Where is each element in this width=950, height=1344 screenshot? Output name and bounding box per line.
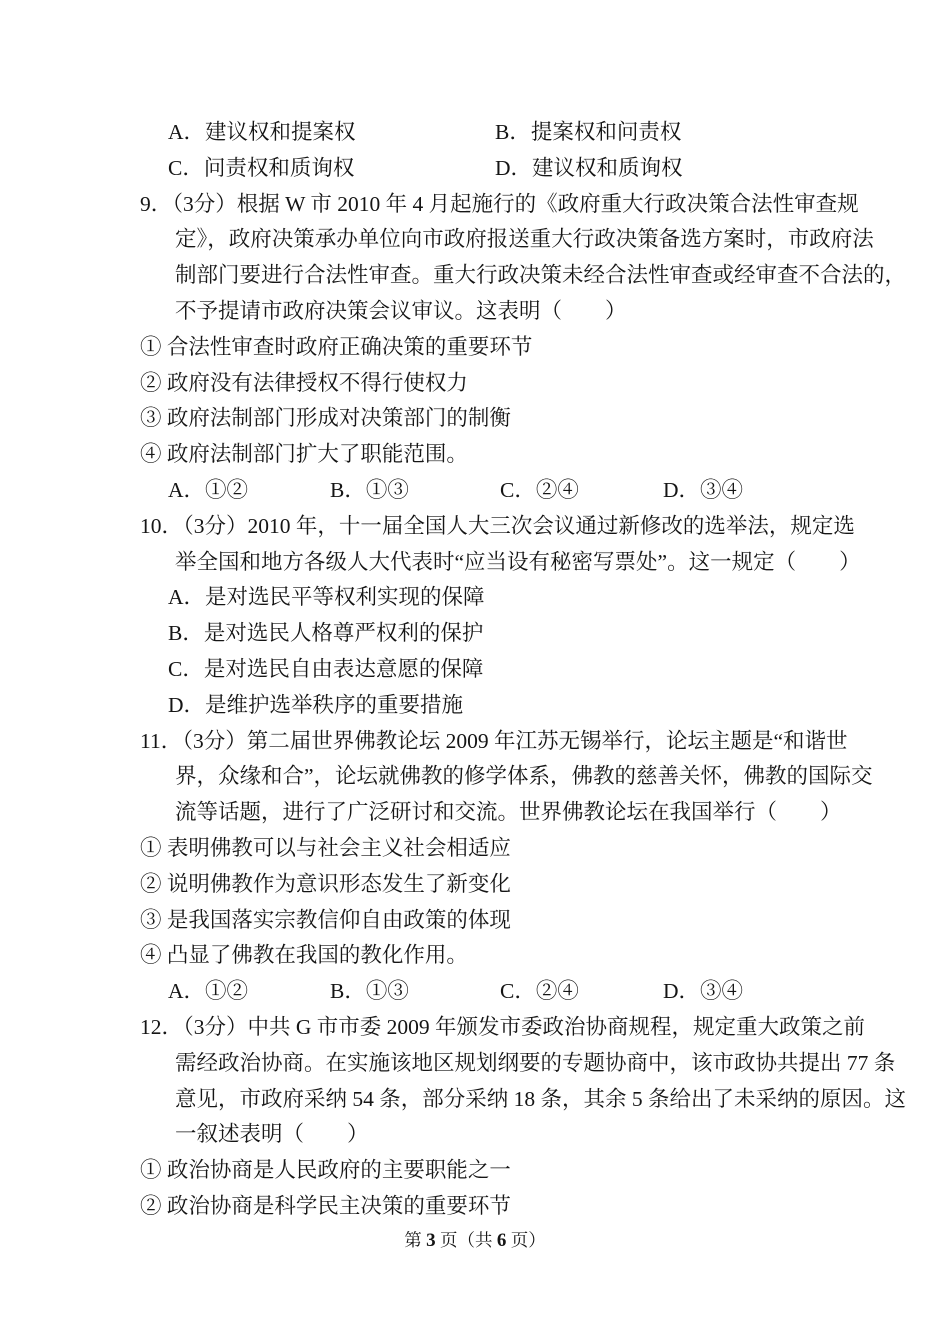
question-12-number: 12． (140, 1015, 183, 1039)
question-10-option-d: D．是维护选举秩序的重要措施 (140, 688, 845, 724)
question-12-line-4: 一叙述表明（ ） (140, 1117, 845, 1153)
question-10-line-1: 10．（3分）2010 年，十一届全国人大三次会议通过新修改的选举法，规定选 (140, 509, 845, 545)
question-11-answer-b: B．①③ (330, 974, 500, 1010)
exam-page: A．建议权和提案权B．提案权和问责权 C．问责权和质询权D．建议权和质询权 9．… (0, 0, 950, 1344)
footer-suffix: 页） (506, 1230, 545, 1250)
question-9-number: 9． (140, 192, 172, 216)
question-9-line-4: 不予提请市政府决策会议审议。这表明（ ） (140, 294, 845, 330)
question-11-item-1: ① 表明佛教可以与社会主义社会相适应 (140, 831, 845, 867)
question-10-number: 10． (140, 514, 183, 538)
question-8-option-a: A．建议权和提案权 (168, 115, 495, 151)
question-12-item-2: ② 政治协商是科学民主决策的重要环节 (140, 1189, 845, 1225)
question-8-options-row-1: A．建议权和提案权B．提案权和问责权 (140, 115, 845, 151)
question-12-line-1: 12．（3分）中共 G 市市委 2009 年颁发市委政治协商规程，规定重大政策之… (140, 1010, 845, 1046)
question-11-answer-a: A．①② (168, 974, 330, 1010)
question-11-item-2: ② 说明佛教作为意识形态发生了新变化 (140, 867, 845, 903)
question-10-option-c: C．是对选民自由表达意愿的保障 (140, 652, 845, 688)
question-11-number: 11． (140, 729, 182, 753)
question-11-line-3: 流等话题，进行了广泛研讨和交流。世界佛教论坛在我国举行（ ） (140, 795, 845, 831)
question-9-answer-row: A．①②B．①③C．②④D．③④ (140, 473, 845, 509)
question-11-answer-row: A．①②B．①③C．②④D．③④ (140, 974, 845, 1010)
question-9-item-2: ② 政府没有法律授权不得行使权力 (140, 366, 845, 402)
question-10-option-a: A．是对选民平等权利实现的保障 (140, 580, 845, 616)
question-9-answer-a: A．①② (168, 473, 330, 509)
question-11-item-3: ③ 是我国落实宗教信仰自由政策的体现 (140, 903, 845, 939)
footer-page-number: 3 (426, 1230, 436, 1251)
question-11-answer-d: D．③④ (663, 974, 743, 1010)
question-9-line-1: 9．（3分）根据 W 市 2010 年 4 月起施行的《政府重大行政决策合法性审… (140, 187, 845, 223)
question-10-line-2: 举全国和地方各级人大代表时“应当设有秘密写票处”。这一规定（ ） (140, 545, 845, 581)
question-11-item-4: ④ 凸显了佛教在我国的教化作用。 (140, 938, 845, 974)
question-9-line-3: 制部门要进行合法性审查。重大行政决策未经合法性审查或经审查不合法的， (140, 258, 845, 294)
footer-total-pages: 6 (497, 1230, 507, 1251)
exam-content: A．建议权和提案权B．提案权和问责权 C．问责权和质询权D．建议权和质询权 9．… (140, 115, 845, 1225)
question-12-line-3: 意见，市政府采纳 54 条，部分采纳 18 条，其余 5 条给出了未采纳的原因。… (140, 1082, 845, 1118)
page-footer: 第 3 页（共 6 页） (0, 1224, 950, 1256)
question-9-text-1: （3分）根据 W 市 2010 年 4 月起施行的《政府重大行政决策合法性审查规 (172, 192, 858, 216)
question-12-text-1: （3分）中共 G 市市委 2009 年颁发市委政治协商规程，规定重大政策之前 (183, 1015, 865, 1039)
question-8-option-d: D．建议权和质询权 (495, 151, 683, 187)
question-8-options-row-2: C．问责权和质询权D．建议权和质询权 (140, 151, 845, 187)
question-9-item-3: ③ 政府法制部门形成对决策部门的制衡 (140, 401, 845, 437)
question-9-answer-b: B．①③ (330, 473, 500, 509)
question-8-option-c: C．问责权和质询权 (168, 151, 495, 187)
question-11-line-1: 11．（3分）第二届世界佛教论坛 2009 年江苏无锡举行，论坛主题是“和谐世 (140, 724, 845, 760)
footer-prefix: 第 (404, 1230, 426, 1250)
question-11-text-1: （3分）第二届世界佛教论坛 2009 年江苏无锡举行，论坛主题是“和谐世 (182, 729, 847, 753)
question-8-option-b: B．提案权和问责权 (495, 115, 681, 151)
question-9-item-1: ① 合法性审查时政府正确决策的重要环节 (140, 330, 845, 366)
question-12-item-1: ① 政治协商是人民政府的主要职能之一 (140, 1153, 845, 1189)
question-9-line-2: 定》，政府决策承办单位向市政府报送重大行政决策备选方案时，市政府法 (140, 222, 845, 258)
question-11-line-2: 界，众缘和合”，论坛就佛教的修学体系，佛教的慈善关怀，佛教的国际交 (140, 759, 845, 795)
question-10-option-b: B．是对选民人格尊严权利的保护 (140, 616, 845, 652)
footer-mid: 页（共 (436, 1230, 497, 1250)
question-11-answer-c: C．②④ (500, 974, 663, 1010)
question-12-line-2: 需经政治协商。在实施该地区规划纲要的专题协商中，该市政协共提出 77 条 (140, 1046, 845, 1082)
question-10-text-1: （3分）2010 年，十一届全国人大三次会议通过新修改的选举法，规定选 (183, 514, 855, 538)
question-9-answer-d: D．③④ (663, 473, 743, 509)
question-9-answer-c: C．②④ (500, 473, 663, 509)
question-9-item-4: ④ 政府法制部门扩大了职能范围。 (140, 437, 845, 473)
